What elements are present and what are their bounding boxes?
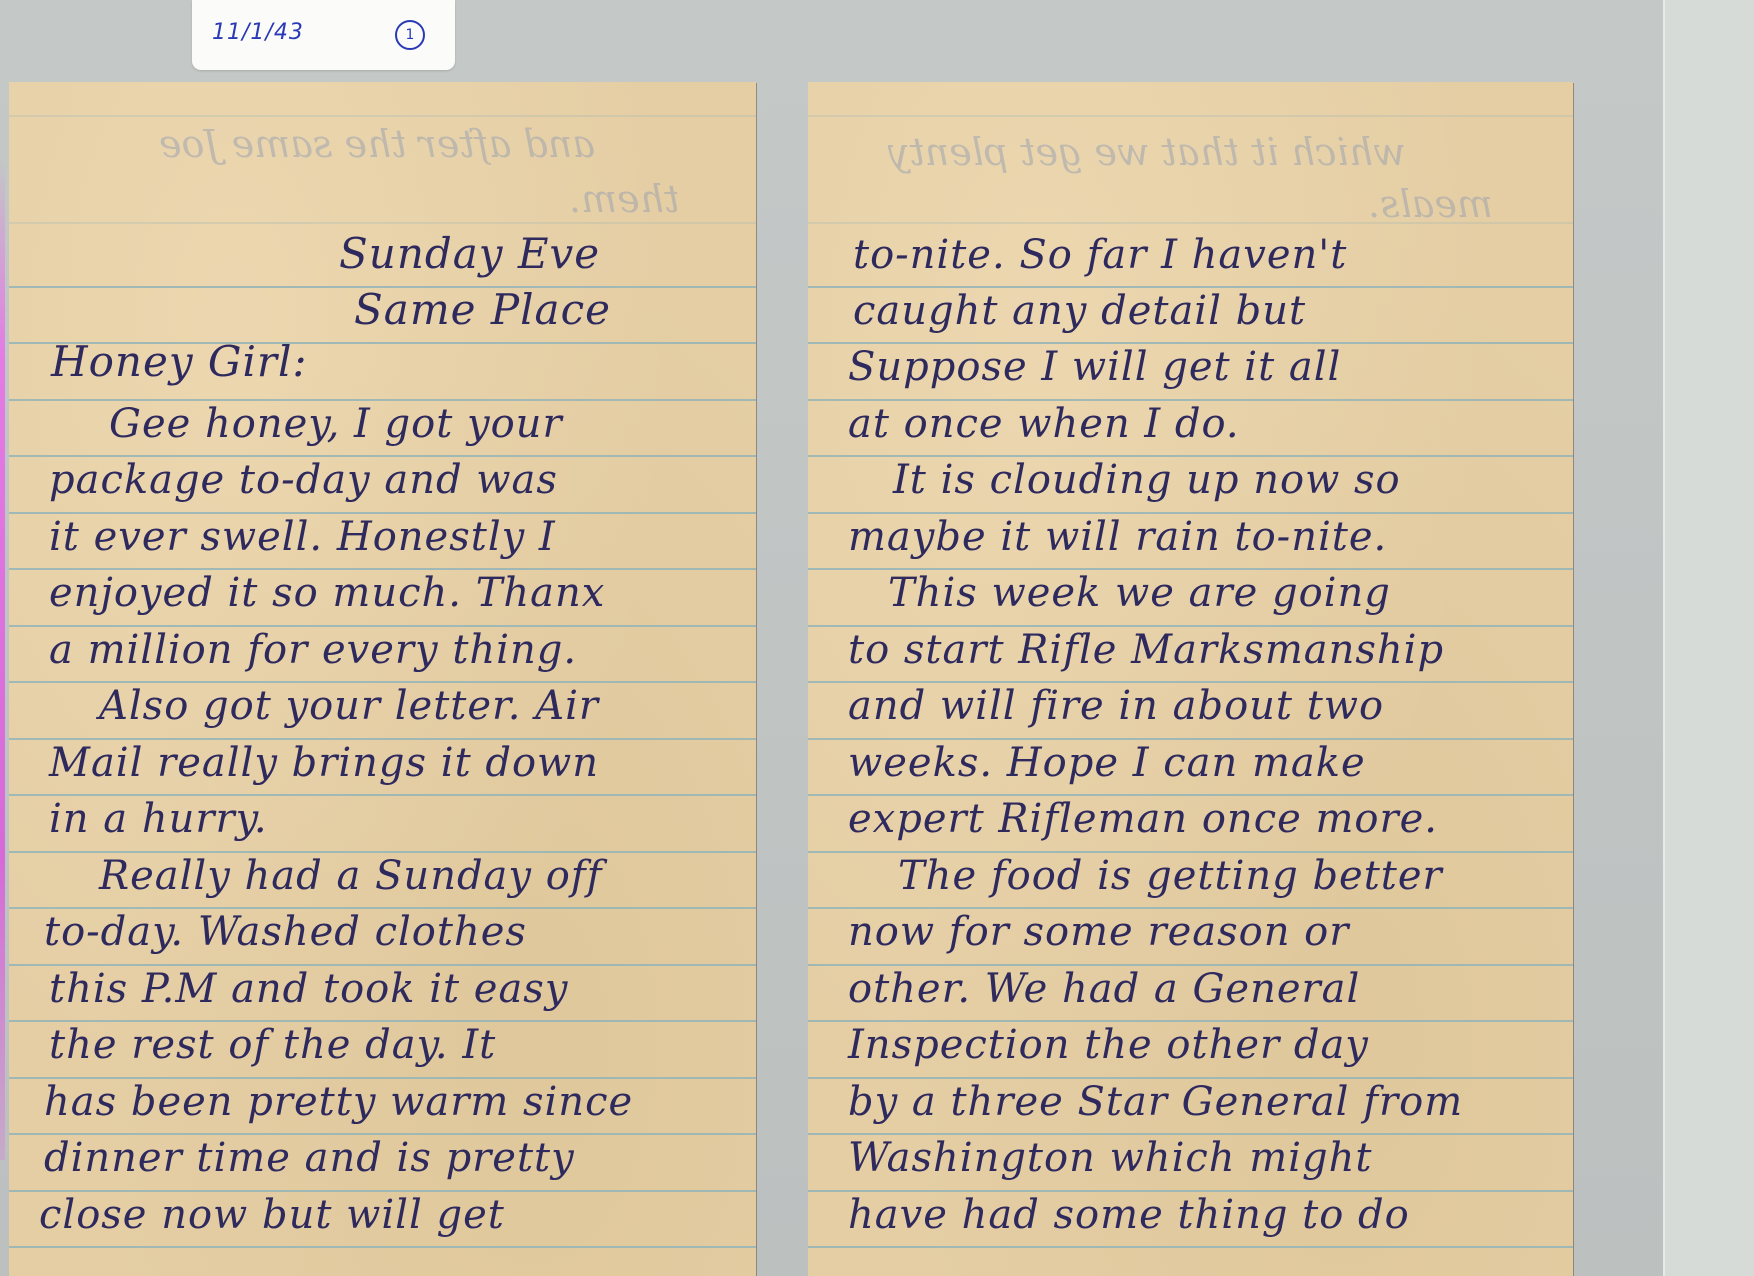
letter-line: Suppose I will get it all [848,344,1341,390]
letter-line: Gee honey, I got your [109,401,563,447]
letter-line: in a hurry. [49,796,268,842]
letter-line: package to-day and was [49,457,558,503]
letter-line: This week we are going [888,570,1391,616]
letter-page-left: and after the same Joe them. Sunday Eve … [9,82,756,1276]
letter-line: the rest of the day. It [49,1022,496,1068]
letter-line: Washington which might [848,1135,1372,1181]
letter-line: maybe it will rain to-nite. [848,514,1387,560]
letter-line: enjoyed it so much. Thanx [49,570,605,616]
letter-line: dinner time and is pretty [44,1135,575,1181]
bleed-through-text: meals. [1368,182,1493,226]
letter-heading-day: Sunday Eve [339,229,600,278]
scanner-edge-strip [1663,0,1754,1276]
letter-line: Really had a Sunday off [99,853,602,899]
letter-page-right: which it that we get plenty meals. to-ni… [808,82,1573,1276]
bleed-through-text: which it that we get plenty [888,130,1406,174]
letter-line: have had some thing to do [848,1192,1410,1238]
letter-line: has been pretty warm since [44,1079,633,1125]
bleed-through-text: them. [569,177,679,221]
letter-line: to start Rifle Marksmanship [848,627,1444,673]
label-page-number: 1 [395,20,425,50]
letter-line: other. We had a General [848,966,1360,1012]
ruled-line [9,1246,756,1248]
letter-line: a million for every thing. [49,627,577,673]
letter-line: now for some reason or [848,909,1349,955]
letter-line: The food is getting better [898,853,1443,899]
ruled-line [808,1246,1573,1248]
letter-line: It is clouding up now so [893,457,1401,503]
bleed-through-text: and after the same Joe [159,122,595,166]
letter-line: at once when I do. [848,401,1240,447]
letter-line: to-nite. So far I haven't [853,232,1347,278]
letter-line: Inspection the other day [848,1022,1369,1068]
letter-line: close now but will get [39,1192,505,1238]
ruled-line [808,115,1573,117]
letter-line: caught any detail but [853,288,1306,334]
ruled-line [9,115,756,117]
letter-heading-place: Same Place [354,285,611,334]
letter-line: expert Rifleman once more. [848,796,1438,842]
letter-line: this P.M and took it easy [49,966,568,1012]
letter-line: it ever swell. Honestly I [49,514,556,560]
letter-line: Mail really brings it down [49,740,599,786]
label-date: 11/1/43 [212,20,304,45]
letter-salutation: Honey Girl: [51,337,308,386]
letter-line: to-day. Washed clothes [44,909,527,955]
letter-line: by a three Star General from [848,1079,1463,1125]
scan-color-artifact [0,160,5,1160]
archive-label: 11/1/43 1 [192,0,455,70]
ruled-line [9,222,756,224]
letter-line: Also got your letter. Air [99,683,599,729]
letter-line: weeks. Hope I can make [848,740,1366,786]
letter-line: and will fire in about two [848,683,1384,729]
